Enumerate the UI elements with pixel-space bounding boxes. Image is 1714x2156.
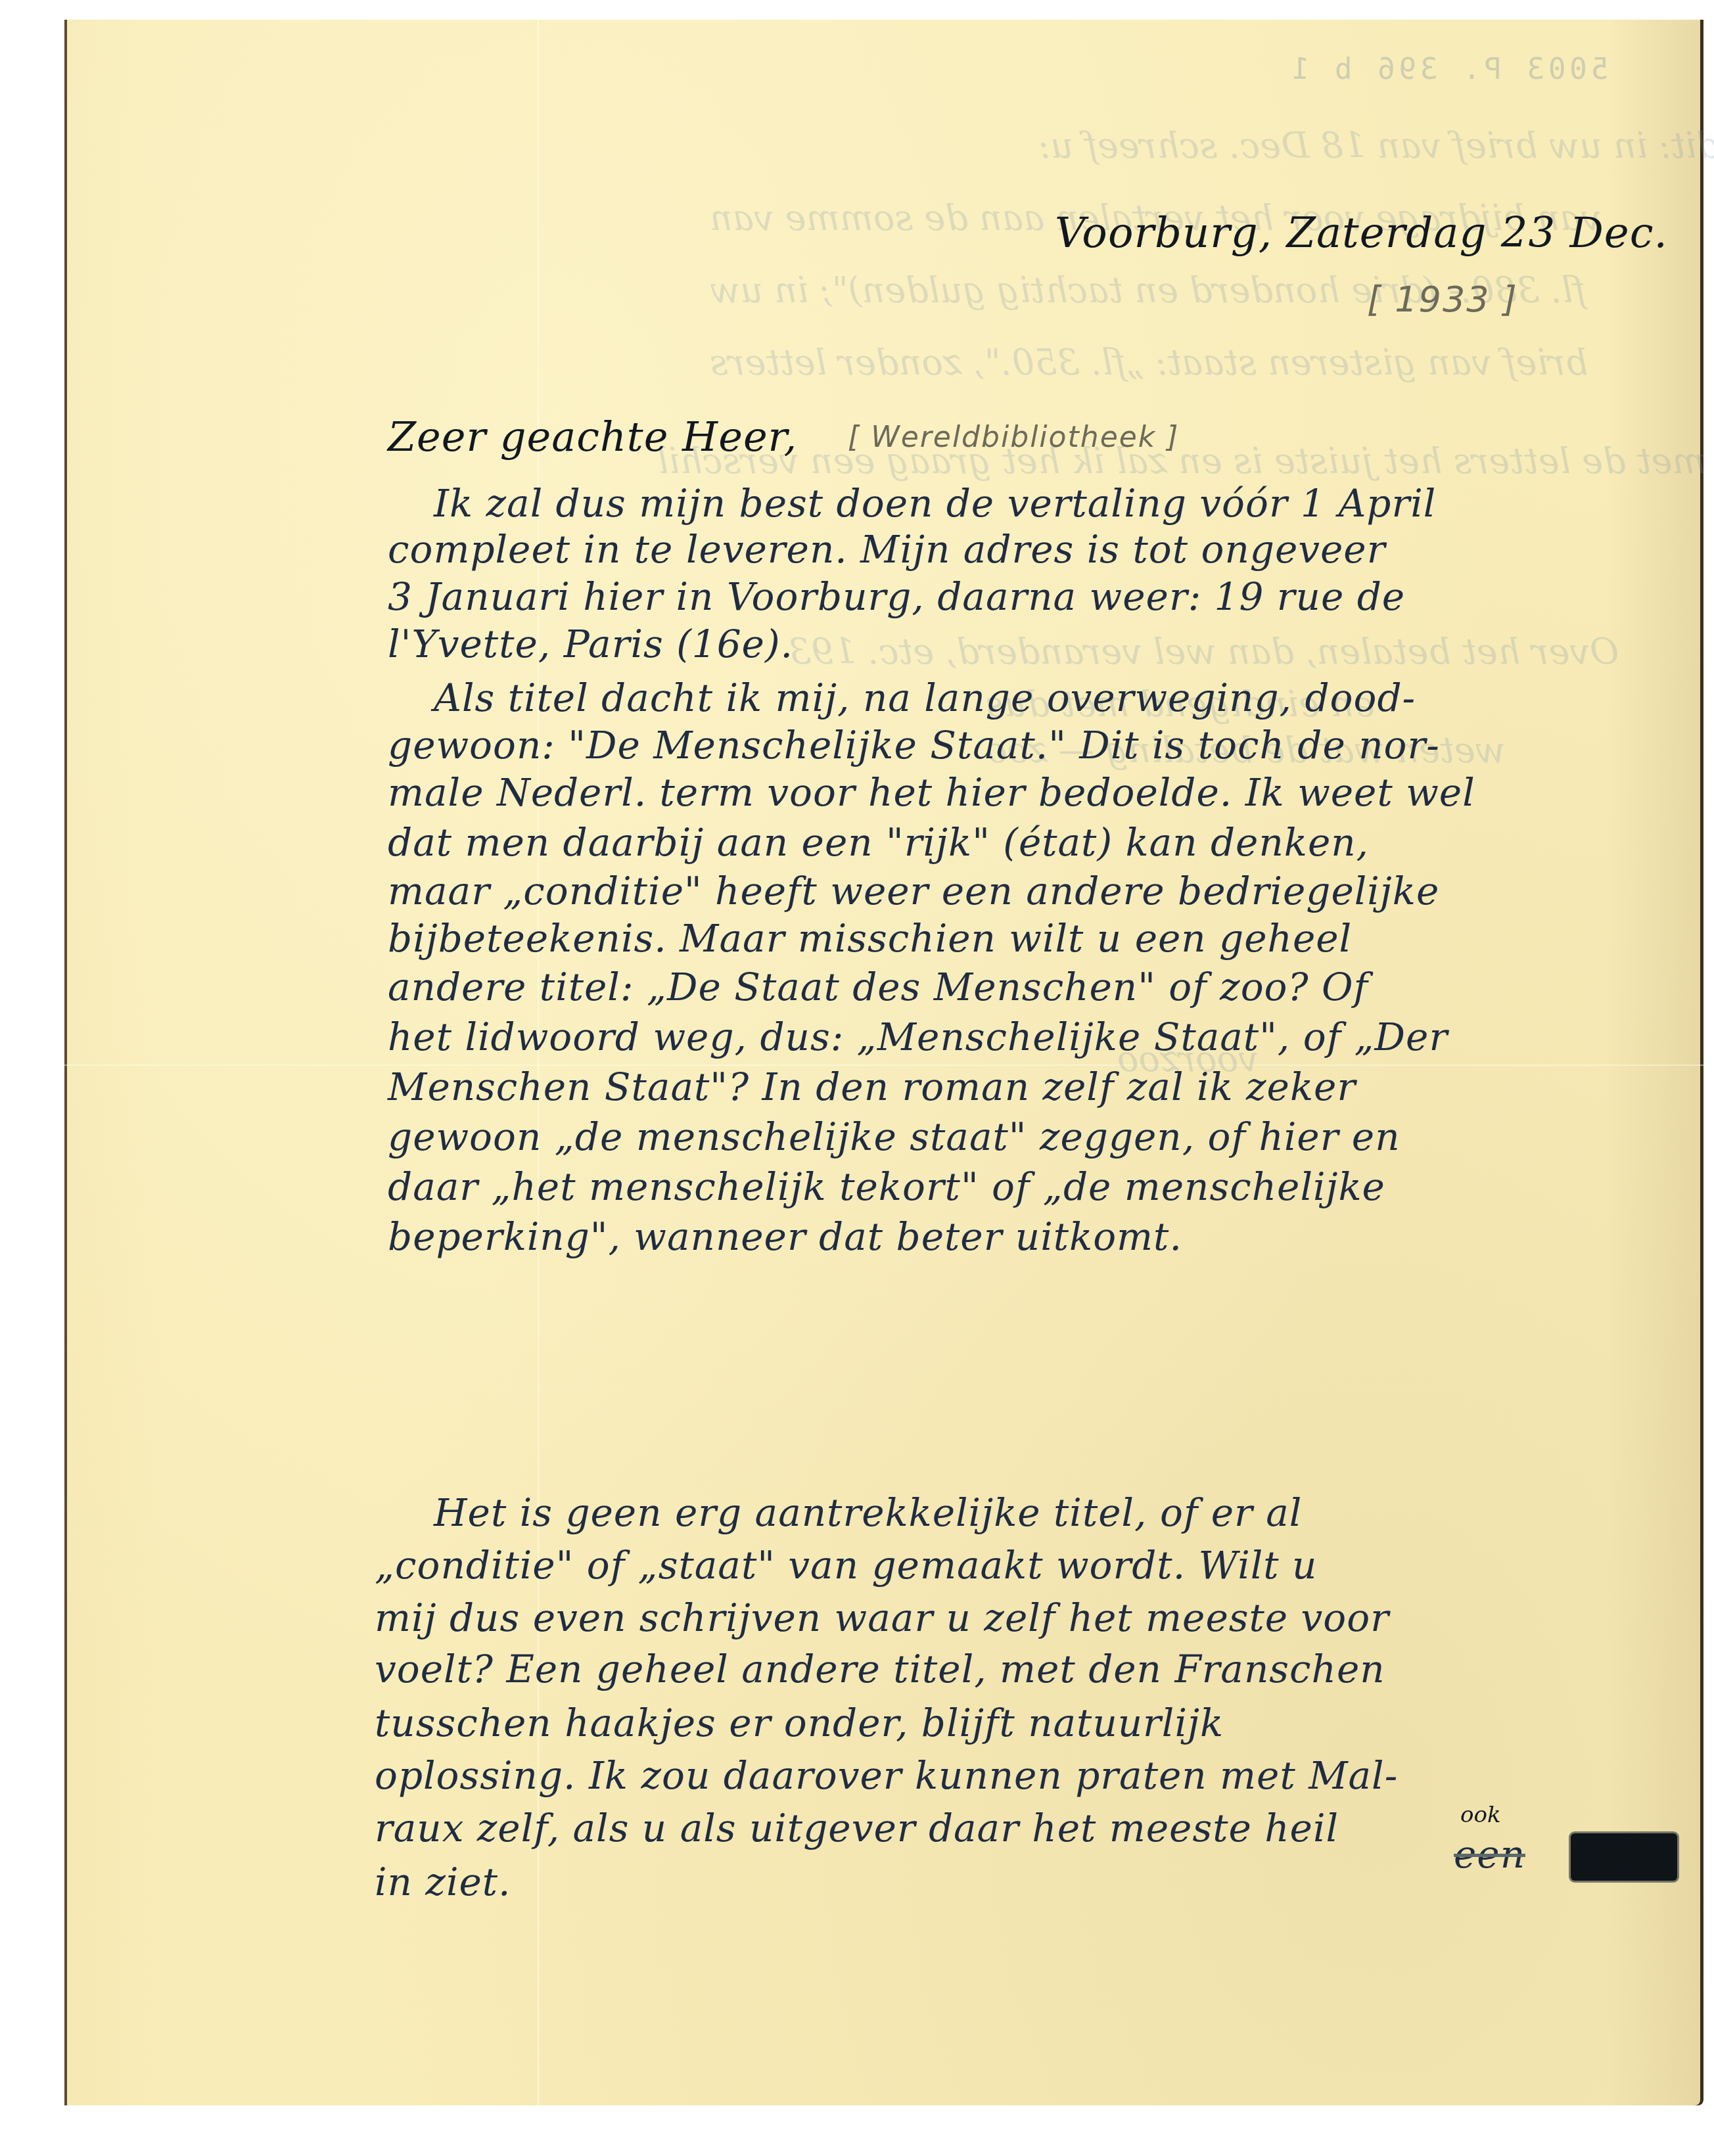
body-line: tusschen haakjes er onder, blijft natuur… <box>375 1701 1224 1745</box>
body-line: het lidwoord weg, dus: „Menschelijke Sta… <box>388 1015 1448 1059</box>
body-line: oplossing. Ik zou daarover kunnen praten… <box>375 1753 1398 1798</box>
show-through-line: brief van gisteren staat: „fl. 350.", zo… <box>710 342 1588 383</box>
body-line: „conditie" of „staat" van gemaakt wordt.… <box>375 1543 1317 1588</box>
body-line: gewoon „de menschelijke staat" zeggen, o… <box>388 1114 1401 1159</box>
body-line: l'Yvette, Paris (16e). <box>388 622 793 666</box>
struck-word: een <box>1454 1832 1525 1877</box>
blotted-word <box>1571 1833 1677 1881</box>
place-date: Voorburg, Zaterdag 23 Dec. <box>1055 209 1668 258</box>
body-line: daar „het menschelijk tekort" of „de men… <box>388 1164 1385 1209</box>
body-line: in ziet. <box>375 1860 511 1904</box>
show-through-line: Toutefois dit: in uw brief van 18 Dec. s… <box>1038 125 1714 166</box>
body-line: beperking", wanneer dat beter uitkomt. <box>388 1214 1182 1259</box>
show-through-line: met de letters het juiste is en zal ik h… <box>657 440 1706 482</box>
body-line: Als titel dacht ik mij, na lange overweg… <box>434 676 1416 720</box>
inserted-word: ook <box>1460 1802 1501 1828</box>
body-line: male Nederl. term voor het hier bedoelde… <box>388 770 1475 815</box>
body-line: Ik zal dus mijn best doen de vertaling v… <box>434 481 1436 526</box>
body-line: Het is geen erg aantrekkelijke titel, of… <box>434 1490 1302 1535</box>
salutation: Zeer geachte Heer, <box>388 413 797 461</box>
archive-catalog-mark: 5003 P. 396 b 1 <box>1288 53 1608 86</box>
body-line: dat men daarbij aan een "rijk" (état) ka… <box>388 820 1369 865</box>
body-line: maar „conditie" heeft weer een andere be… <box>388 869 1439 913</box>
body-line: Menschen Staat"? In den roman zelf zal i… <box>388 1065 1356 1109</box>
body-line: andere titel: „De Staat des Menschen" of… <box>388 965 1368 1009</box>
body-line: bijbeteekenis. Maar misschien wilt u een… <box>388 916 1352 961</box>
body-line: mij dus even schrijven waar u zelf het m… <box>375 1595 1389 1640</box>
recipient-annotation: [ Wereldbibliotheek ] <box>848 421 1179 454</box>
show-through-line: Over het betalen, dan wel veranderd, etc… <box>789 631 1619 672</box>
body-line: 3 Januari hier in Voorburg, daarna weer:… <box>388 574 1405 619</box>
year-annotation: [ 1933 ] <box>1367 279 1518 320</box>
body-line: compleet in te leveren. Mijn adres is to… <box>388 527 1385 572</box>
body-line: raux zelf, als u als uitgever daar het m… <box>375 1806 1339 1850</box>
body-line: voelt? Een geheel andere titel, met den … <box>375 1647 1385 1691</box>
body-line: gewoon: "De Menschelijke Staat." Dit is … <box>388 723 1440 768</box>
